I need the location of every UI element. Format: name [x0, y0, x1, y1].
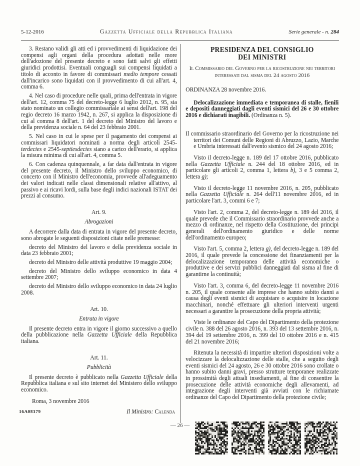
datamatrix-icon — [195, 422, 228, 455]
abrogation-intro: A decorrere dalla data di entrata in vig… — [21, 229, 177, 242]
barcode-strip — [195, 422, 338, 455]
article-11-title: Pubblicità — [21, 364, 177, 371]
page-header: 5-12-2016 Gazzetta Ufficiale della Repub… — [21, 28, 339, 36]
ritenuta-clause: Ritenuta la necessità di impartire ulter… — [186, 350, 339, 401]
gazette-title: Gazzetta Ufficiale della Repubblica Ital… — [100, 28, 233, 36]
document-id: 16A08379 — [19, 409, 41, 414]
abrogation-item: decreto del Ministro dello sviluppo econ… — [21, 268, 177, 281]
issue-date: 5-12-2016 — [21, 29, 44, 35]
pubblicita-paragraph: Il presente decreto è pubblicato nella G… — [21, 374, 177, 393]
visto-clause-3: Visto l'art. 2, comma 2, del decreto-leg… — [186, 209, 339, 241]
right-column: PRESIDENZA DEL CONSIGLIO DEI MINISTRI Il… — [186, 44, 339, 423]
left-column: 3. Restano validi gli atti ed i provvedi… — [21, 44, 177, 423]
ordinance-date-line: ORDINANZA 28 novembre 2016. — [186, 87, 339, 93]
ordinance-summary: Delocalizzazione immediata e temporanea … — [186, 100, 339, 119]
clause-4: 4. Nel caso di procedure nelle quali, pr… — [21, 93, 177, 131]
visto-clause-1: Visto il decreto-legge n. 189 del 17 ott… — [186, 155, 339, 180]
preamble-opening: Il commissario straordinario del Governo… — [186, 131, 339, 150]
article-9-title: Abrogazioni — [21, 219, 177, 226]
viste-ordinanze-clause: Viste le ordinanze del Capo del Dipartim… — [186, 320, 339, 345]
clause-3: 3. Restano validi gli atti ed i provvedi… — [21, 46, 177, 90]
place-date-line: Roma, 3 novembre 2016 — [32, 398, 177, 404]
authority-heading-line1: PRESIDENZA DEL CONSIGLIO — [186, 46, 339, 54]
abrogation-item: decreto del Ministro del lavoro e della … — [21, 244, 177, 257]
visto-clause-2: Visto il decreto-legge 11 novembre 2016,… — [186, 185, 339, 204]
abrogation-item: decreto del Ministro delle attività prod… — [21, 259, 177, 265]
commissioner-subheading: Il Commissario del Governo per la ricost… — [186, 66, 339, 80]
datamatrix-icon — [232, 422, 265, 455]
abrogation-item: decreto del Ministro dello sviluppo econ… — [21, 284, 177, 297]
authority-heading-line2: DEI MINISTRI — [186, 54, 339, 62]
datamatrix-icon — [305, 422, 338, 455]
clause-6: 6. Con cadenza quinquennale, a far data … — [21, 161, 177, 199]
header-rule — [21, 40, 339, 41]
gazette-page: 5-12-2016 Gazzetta Ufficiale della Repub… — [0, 0, 360, 466]
minister-signature: Il Ministro: Calenda — [21, 409, 177, 415]
datamatrix-icon — [268, 422, 301, 455]
entrata-paragraph: Il presente decreto entra in vigore il g… — [21, 326, 177, 345]
two-column-body: 3. Restano validi gli atti ed i provvedi… — [21, 44, 339, 423]
article-9-heading: Art. 9. — [21, 209, 177, 216]
article-11-heading: Art. 11. — [21, 354, 177, 361]
visto-clause-4: Visto l'art. 5, comma 2, lettera g), del… — [186, 246, 339, 278]
article-10-heading: Art. 10. — [21, 306, 177, 313]
series-number: Serie generale - n. 284 — [289, 29, 339, 35]
page-sheet: 5-12-2016 Gazzetta Ufficiale della Repub… — [0, 0, 360, 466]
clause-5: 5. Nel caso in cui le spese per il pagam… — [21, 134, 177, 159]
visto-clause-5: Visto l'art. 3, comma 6, del decreto-leg… — [186, 283, 339, 315]
article-10-title: Entrata in vigore — [21, 315, 177, 322]
column-divider — [181, 44, 182, 423]
